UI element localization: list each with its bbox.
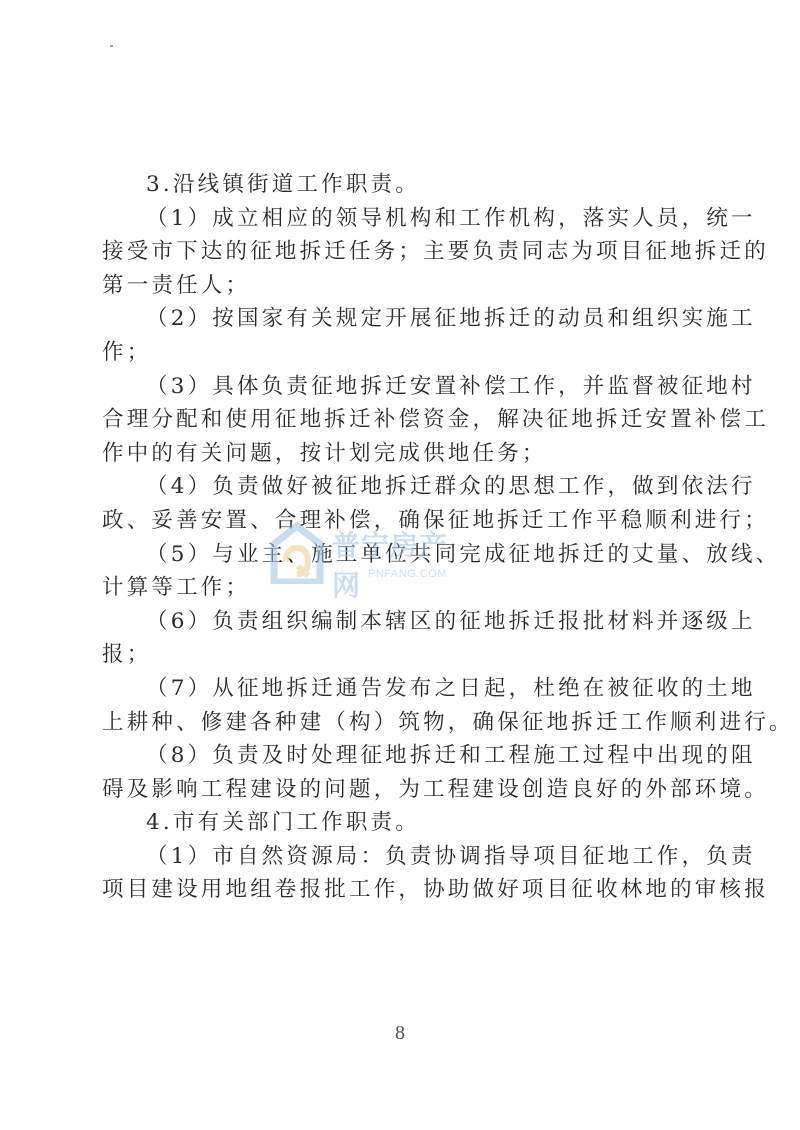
text-line: （6）负责组织编制本辖区的征地拆迁报批材料并逐级上 [102, 605, 702, 639]
text-line: 接受市下达的征地拆迁任务；主要负责同志为项目征地拆迁的 [102, 235, 702, 269]
text-line: （7）从征地拆迁通告发布之日起，杜绝在被征收的土地 [102, 672, 702, 706]
text-line: 报； [102, 638, 702, 672]
text-line: 第一责任人； [102, 269, 702, 303]
text-line: 作中的有关问题，按计划完成供地任务； [102, 437, 702, 471]
text-line: 项目建设用地组卷报批工作，协助做好项目征收林地的审核报 [102, 873, 702, 907]
body-text: 3.沿线镇街道工作职责。（1）成立相应的领导机构和工作机构，落实人员，统一接受市… [102, 168, 702, 907]
text-line: 碍及影响工程建设的问题，为工程建设创造良好的外部环境。 [102, 773, 702, 807]
text-line: 4.市有关部门工作职责。 [102, 806, 702, 840]
text-line: 合理分配和使用征地拆迁补偿资金，解决征地拆迁安置补偿工 [102, 403, 702, 437]
document-page: 3.沿线镇街道工作职责。（1）成立相应的领导机构和工作机构，落实人员，统一接受市… [0, 0, 800, 1130]
text-line: （1）市自然资源局：负责协调指导项目征地工作，负责 [102, 840, 702, 874]
text-line: （4）负责做好被征地拆迁群众的思想工作，做到依法行 [102, 470, 702, 504]
text-line: 3.沿线镇街道工作职责。 [102, 168, 702, 202]
text-line: （8）负责及时处理征地拆迁和工程施工过程中出现的阻 [102, 739, 702, 773]
text-line: 政、妥善安置、合理补偿，确保征地拆迁工作平稳顺利进行； [102, 504, 702, 538]
text-line: （3）具体负责征地拆迁安置补偿工作，并监督被征地村 [102, 370, 702, 404]
text-line: （2）按国家有关规定开展征地拆迁的动员和组织实施工 [102, 302, 702, 336]
text-line: 计算等工作； [102, 571, 702, 605]
text-line: 上耕种、修建各种建（构）筑物，确保征地拆迁工作顺利进行。 [102, 706, 702, 740]
page-number: 8 [0, 1022, 800, 1045]
text-line: 作； [102, 336, 702, 370]
text-line: （1）成立相应的领导机构和工作机构，落实人员，统一 [102, 202, 702, 236]
scan-artifact [110, 45, 113, 47]
text-line: （5）与业主、施工单位共同完成征地拆迁的丈量、放线、 [102, 538, 702, 572]
